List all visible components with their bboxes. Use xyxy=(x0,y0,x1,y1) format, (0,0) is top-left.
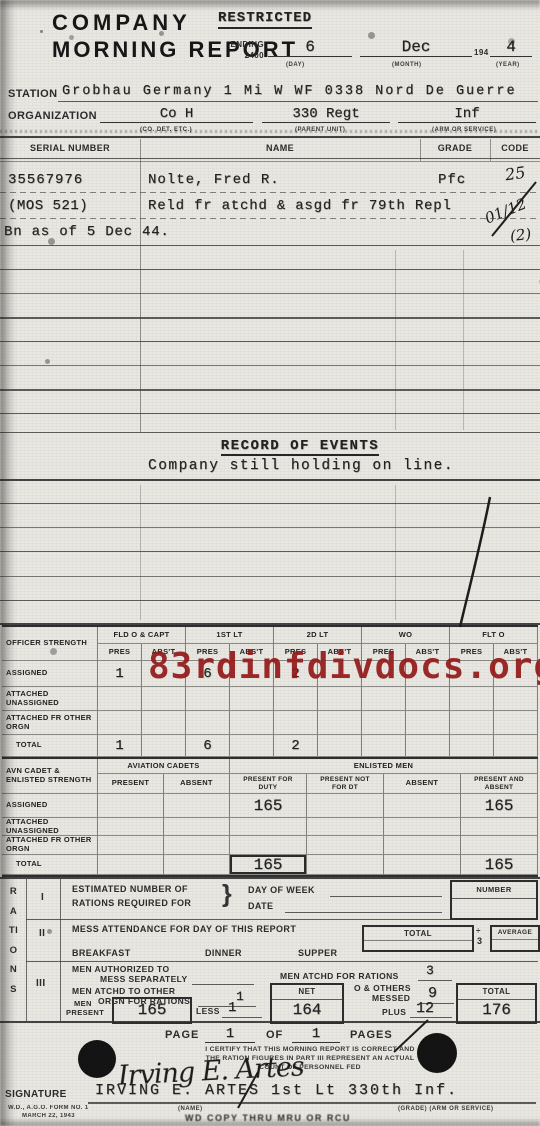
net-label: NET xyxy=(272,987,342,996)
col-group-1st-lt: 1ST LT xyxy=(186,627,274,644)
cell xyxy=(164,836,230,855)
roster-header-serial: SERIAL NUMBER xyxy=(0,143,140,153)
less-value: 1 xyxy=(228,1000,236,1016)
ending-year-value: 4 xyxy=(490,38,532,57)
cell xyxy=(230,687,274,711)
punch-hole-right xyxy=(417,1033,457,1073)
average-box: AVERAGE xyxy=(490,925,540,952)
cell xyxy=(318,711,362,735)
organization-arm: Inf xyxy=(398,106,536,123)
divide-sign: ÷ xyxy=(476,926,481,935)
cell xyxy=(164,855,230,875)
less-label: LESS xyxy=(196,1006,220,1016)
cell xyxy=(494,735,538,757)
watermark-text: 83rdinfdivdocs.org xyxy=(148,646,540,687)
officer-assigned-fld-pres: 1 xyxy=(98,661,142,687)
cell xyxy=(318,687,362,711)
record-of-events-entry: Company still holding on line. xyxy=(148,458,454,474)
organization-unit: Co H xyxy=(100,106,253,123)
rations-total-label: TOTAL xyxy=(458,987,535,996)
handwritten-pen-curve xyxy=(450,493,510,633)
cell xyxy=(164,794,230,818)
subcol-present-and-absent: PRESENT AND ABSENT xyxy=(461,774,538,794)
o-and-others-line1: O & OTHERS xyxy=(354,983,411,993)
scan-speckle xyxy=(40,30,43,33)
entry-rule xyxy=(0,218,540,219)
cell xyxy=(230,836,307,855)
date-label: DATE xyxy=(248,901,273,911)
events-rule xyxy=(0,479,540,481)
estimated-rations-line2: RATIONS REQUIRED FOR xyxy=(72,898,191,908)
plus-value: 12 xyxy=(416,1000,434,1017)
rations-total-box: TOTAL 176 xyxy=(456,983,537,1024)
men-present-label2: PRESENT xyxy=(66,1008,104,1017)
station-value: Grobhau Germany 1 Mi W WF 0338 Nord De G… xyxy=(62,84,517,99)
brace-glyph: } xyxy=(222,880,232,909)
row-label-attached-fr: ATTACHED FR OTHER ORGN xyxy=(2,836,98,855)
day-of-week-blank xyxy=(330,896,442,897)
rations-divider xyxy=(26,961,538,962)
rations-vertical-label: RATIONS xyxy=(8,882,19,999)
cell xyxy=(98,855,164,875)
ending-day-value: 6 xyxy=(268,38,352,57)
subcol-present-for-duty: PRESENT FOR DUTY xyxy=(230,774,307,794)
number-box-label: NUMBER xyxy=(452,885,536,894)
station-label: STATION xyxy=(8,88,57,100)
mess-separately-blank xyxy=(192,984,254,985)
mess-attendance-heading: MESS ATTENDANCE FOR DAY OF THIS REPORT xyxy=(72,924,296,934)
cell xyxy=(384,836,461,855)
cell xyxy=(142,735,186,757)
record-of-events-heading: RECORD OF EVENTS xyxy=(170,436,430,456)
men-atchd-other-value: 1 xyxy=(236,989,244,1004)
men-authorized-line2: MESS SEPARATELY xyxy=(100,974,188,984)
enlisted-assigned-present-and-absent: 165 xyxy=(461,794,538,818)
rations-total-divider xyxy=(458,999,535,1000)
entry-grade: Pfc xyxy=(438,172,466,188)
roster-header-code: CODE xyxy=(490,143,540,153)
officer-total-2dlt-pres: 2 xyxy=(274,735,318,757)
cell xyxy=(230,711,274,735)
cell xyxy=(307,836,384,855)
net-value: 164 xyxy=(272,1001,342,1019)
men-present-value: 165 xyxy=(114,1001,190,1019)
copy-note: WD COPY THRU MRU OR RCU xyxy=(185,1113,351,1123)
cell xyxy=(274,687,318,711)
cell xyxy=(142,711,186,735)
station-rule xyxy=(58,101,538,102)
cell xyxy=(384,794,461,818)
cell xyxy=(274,711,318,735)
cell xyxy=(318,735,362,757)
entry-remark-line2: Bn as of 5 Dec 44. xyxy=(4,224,170,240)
day-of-week-label: DAY OF WEEK xyxy=(248,885,315,895)
enlisted-strength-table: AVN CADET & ENLISTED STRENGTH AVIATION C… xyxy=(2,757,538,877)
col-group-enlisted-men: ENLISTED MEN xyxy=(230,759,538,774)
officer-total-1stlt-pres: 6 xyxy=(186,735,230,757)
row-label-attached-unassigned: ATTACHED UNASSIGNED xyxy=(2,818,98,836)
officer-total-fld-pres: 1 xyxy=(98,735,142,757)
number-box-divider xyxy=(452,898,536,899)
average-divider xyxy=(492,939,538,940)
cell xyxy=(450,687,494,711)
page-label: PAGE xyxy=(165,1029,199,1041)
enlisted-total-present-for-duty: 165 xyxy=(230,855,307,875)
subcol-present-not-for-dt: PRESENT NOT FOR DT xyxy=(307,774,384,794)
col-group-wo: WO xyxy=(362,627,450,644)
morning-report-scan: RESTRICTED COMPANY MORNING REPORT ENDING… xyxy=(0,0,540,1126)
enlisted-total-present-and-absent: 165 xyxy=(461,855,538,875)
section1-numeral: I xyxy=(41,892,44,903)
cell xyxy=(307,818,384,836)
col-group-2d-lt: 2D LT xyxy=(274,627,362,644)
organization-parent: 330 Regt xyxy=(262,106,390,123)
enlisted-strength-title: AVN CADET & ENLISTED STRENGTH xyxy=(2,759,98,794)
cell xyxy=(450,735,494,757)
row-label-total: TOTAL xyxy=(2,735,98,757)
cell xyxy=(186,687,230,711)
grade-caption: (GRADE) (ARM OR SERVICE) xyxy=(398,1106,494,1112)
officer-strength-title: OFFICER STRENGTH xyxy=(2,627,98,661)
row-label-attached-fr: ATTACHED FR OTHER ORGN xyxy=(2,711,98,735)
row-label-assigned: ASSIGNED xyxy=(2,794,98,818)
cell xyxy=(406,735,450,757)
signature-label: SIGNATURE xyxy=(5,1089,67,1100)
col-group-fld-o-capt: FLD O & CAPT xyxy=(98,627,186,644)
roster-header-grade: GRADE xyxy=(420,143,490,153)
entry-remark-line1: Reld fr atchd & asgd fr 79th Repl xyxy=(148,198,452,214)
cell xyxy=(307,855,384,875)
cell xyxy=(230,735,274,757)
men-authorized-line1: MEN AUTHORIZED TO xyxy=(72,964,169,974)
total-pages: 1 xyxy=(292,1026,340,1043)
col-group-aviation-cadets: AVIATION CADETS xyxy=(98,759,230,774)
entry-mos: (MOS 521) xyxy=(8,198,88,214)
cell xyxy=(307,794,384,818)
net-divider xyxy=(272,999,342,1000)
form-title-line1: COMPANY xyxy=(52,10,191,36)
rations-vline xyxy=(26,877,27,1021)
handwritten-slash-stroke xyxy=(480,178,540,240)
cell xyxy=(98,818,164,836)
cell xyxy=(362,687,406,711)
breakfast-label: BREAKFAST xyxy=(72,948,131,958)
cell xyxy=(142,687,186,711)
row-label-attached-unassigned: ATTACHED UNASSIGNED xyxy=(2,687,98,711)
average-label: AVERAGE xyxy=(492,929,538,936)
signature-rule xyxy=(88,1102,536,1104)
entry-serial-number: 35567976 xyxy=(8,172,83,188)
cell xyxy=(164,818,230,836)
year-prefix: 194 xyxy=(474,48,489,57)
smudged-microtext-line xyxy=(0,130,540,133)
cell xyxy=(494,687,538,711)
ending-2400-label: ENDING 2400 xyxy=(226,38,264,60)
dinner-label: DINNER xyxy=(205,948,242,958)
mess-total-divider xyxy=(364,940,472,941)
row-label-total: TOTAL xyxy=(2,855,98,875)
section2-numeral: II xyxy=(39,928,45,939)
cell xyxy=(450,711,494,735)
net-box: NET 164 xyxy=(270,983,344,1024)
cell xyxy=(98,687,142,711)
cell xyxy=(362,711,406,735)
entry-rule xyxy=(0,245,540,246)
cell xyxy=(98,711,142,735)
classification-banner: RESTRICTED xyxy=(200,8,330,29)
subcol-absent2: ABSENT xyxy=(384,774,461,794)
cell xyxy=(98,794,164,818)
section-divider xyxy=(0,136,540,138)
roster-header-rule xyxy=(0,158,540,159)
cell xyxy=(406,687,450,711)
estimated-rations-line1: ESTIMATED NUMBER OF xyxy=(72,884,188,894)
roster-header-rule2 xyxy=(0,161,540,162)
cell xyxy=(406,711,450,735)
mess-total-label: TOTAL xyxy=(364,929,472,938)
cell xyxy=(384,855,461,875)
month-caption: (MONTH) xyxy=(392,62,422,68)
rations-top-rule xyxy=(0,877,540,879)
classification-text: RESTRICTED xyxy=(218,10,312,29)
form-number-line1: W.D., A.G.O. FORM NO. 1 xyxy=(8,1105,89,1111)
men-atchd-for-rations-label: MEN ATCHD FOR RATIONS xyxy=(280,971,399,981)
page-number: 1 xyxy=(205,1026,255,1043)
enlisted-assigned-present-for-duty: 165 xyxy=(230,794,307,818)
divisor-value: 3 xyxy=(477,936,482,946)
mess-total-box: TOTAL xyxy=(362,925,474,952)
entry-rule xyxy=(0,192,540,193)
organization-label: ORGANIZATION xyxy=(8,110,97,122)
rations-vline xyxy=(60,877,61,1021)
number-box: NUMBER xyxy=(450,880,538,920)
pages-label: PAGES xyxy=(350,1029,393,1041)
atchd-rations-blank xyxy=(418,980,452,981)
section3-numeral: III xyxy=(36,978,46,989)
name-caption: (NAME) xyxy=(178,1106,203,1112)
year-caption: (YEAR) xyxy=(496,62,520,68)
cell xyxy=(186,711,230,735)
of-label: OF xyxy=(266,1029,283,1041)
entry-name: Nolte, Fred R. xyxy=(148,172,280,188)
punch-hole-left xyxy=(78,1040,116,1078)
row-label-assigned: ASSIGNED xyxy=(2,661,98,687)
subcol-present: PRESENT xyxy=(98,774,164,794)
form-number-line2: MARCH 22, 1943 xyxy=(22,1113,75,1119)
day-caption: (DAY) xyxy=(286,62,305,68)
men-present-box: 165 xyxy=(112,997,192,1024)
subcol-absent: ABSENT xyxy=(164,774,230,794)
cell xyxy=(362,735,406,757)
cell xyxy=(494,711,538,735)
ending-month-value: Dec xyxy=(360,38,472,57)
cell xyxy=(384,818,461,836)
cell xyxy=(230,818,307,836)
cell xyxy=(461,836,538,855)
rations-total-value: 176 xyxy=(458,1001,535,1019)
subcol-pres: PRES xyxy=(98,644,142,661)
cell xyxy=(461,818,538,836)
men-atchd-other-line1: MEN ATCHD TO OTHER xyxy=(72,986,175,996)
men-atchd-for-rations-value: 3 xyxy=(426,963,434,978)
supper-label: SUPPER xyxy=(298,948,337,958)
plus-label: PLUS xyxy=(382,1007,406,1017)
o-and-others-line2: MESSED xyxy=(372,993,410,1003)
date-blank xyxy=(285,912,442,913)
roster-header-name: NAME xyxy=(140,143,420,153)
men-present-label1: MEN xyxy=(74,999,92,1008)
less-blank xyxy=(222,1017,262,1018)
cell xyxy=(98,836,164,855)
